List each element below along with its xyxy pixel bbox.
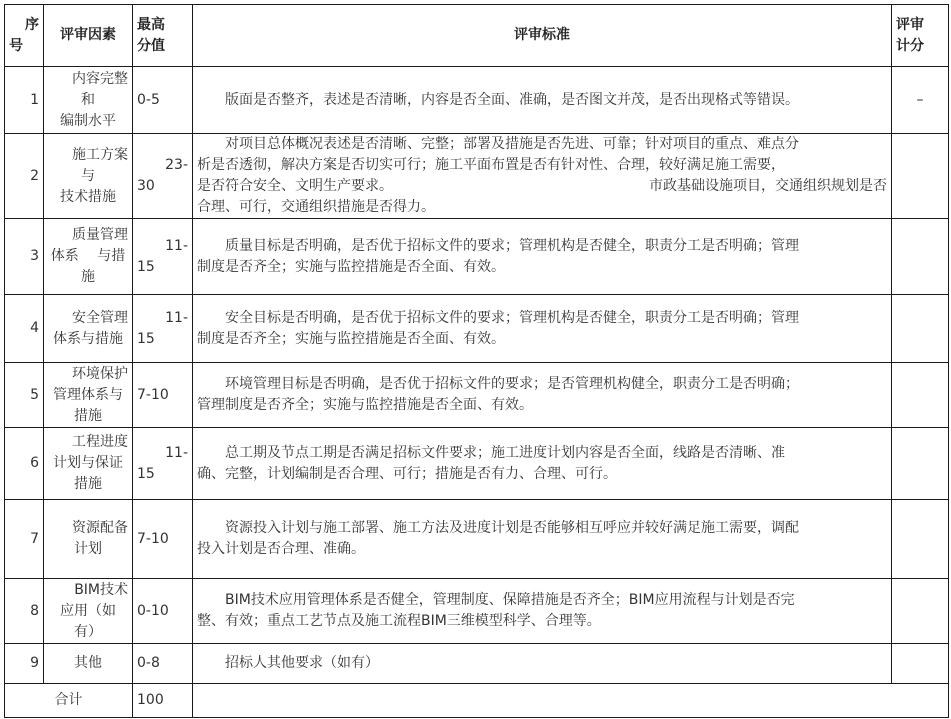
header-standard: 评审标准	[193, 5, 892, 67]
evaluation-factor: 安全管理体系与措施	[44, 295, 133, 363]
rating-score-cell[interactable]	[892, 644, 949, 684]
evaluation-standard: BIM技术应用管理体系是否健全，管理制度、保障措施是否齐全；BIM应用流程与计划…	[193, 579, 892, 644]
rating-score-cell[interactable]: –	[892, 67, 949, 134]
total-empty	[193, 684, 949, 718]
header-no: 序 号	[5, 5, 44, 67]
total-score: 100	[133, 684, 193, 718]
row-number: 2	[5, 134, 44, 219]
rating-score-cell[interactable]	[892, 500, 949, 579]
table-row: 7资源配备计划7-10资源投入计划与施工部署、施工方法及进度计划是否能够相互呼应…	[5, 500, 949, 579]
evaluation-standard: 安全目标是否明确，是否优于招标文件的要求；管理机构是否健全，职责分工是否明确；管…	[193, 295, 892, 363]
header-factor: 评审因素	[44, 5, 133, 67]
total-label: 合计	[5, 684, 133, 718]
evaluation-factor: 施工方案与技术措施	[44, 134, 133, 219]
table-row: 8BIM技术应用（如有）0-10BIM技术应用管理体系是否健全，管理制度、保障措…	[5, 579, 949, 644]
table-row: 9其他0-8招标人其他要求（如有）	[5, 644, 949, 684]
total-row: 合计 100	[5, 684, 949, 718]
max-score: 0-10	[133, 579, 193, 644]
row-number: 4	[5, 295, 44, 363]
evaluation-factor: 环境保护管理体系与措施	[44, 363, 133, 428]
evaluation-factor: 资源配备计划	[44, 500, 133, 579]
max-score: 7-10	[133, 500, 193, 579]
evaluation-standard: 资源投入计划与施工部署、施工方法及进度计划是否能够相互呼应并较好满足施工需要，调…	[193, 500, 892, 579]
rating-score-cell[interactable]	[892, 363, 949, 428]
max-score: 7-10	[133, 363, 193, 428]
row-number: 8	[5, 579, 44, 644]
evaluation-standard: 版面是否整齐，表述是否清晰，内容是否全面、准确，是否图文并茂，是否出现格式等错误…	[193, 67, 892, 134]
max-score: 0-5	[133, 67, 193, 134]
evaluation-factor: 内容完整和编制水平	[44, 67, 133, 134]
row-number: 9	[5, 644, 44, 684]
max-score: 11-15	[133, 295, 193, 363]
header-max-score: 最高 分值	[133, 5, 193, 67]
rating-score-cell[interactable]	[892, 219, 949, 295]
rating-score-cell[interactable]	[892, 295, 949, 363]
max-score: 0-8	[133, 644, 193, 684]
table-row: 4安全管理体系与措施11-15安全目标是否明确，是否优于招标文件的要求；管理机构…	[5, 295, 949, 363]
row-number: 1	[5, 67, 44, 134]
evaluation-standard: 对项目总体概况表述是否清晰、完整；部署及措施是否先进、可靠；针对项目的重点、难点…	[193, 134, 892, 219]
header-row: 序 号 评审因素 最高 分值 评审标准 评审 计分	[5, 5, 949, 67]
row-number: 5	[5, 363, 44, 428]
table-row: 6工程进度计划与保证措施11-15总工期及节点工期是否满足招标文件要求；施工进度…	[5, 428, 949, 500]
row-number: 3	[5, 219, 44, 295]
evaluation-standard: 质量目标是否明确，是否优于招标文件的要求；管理机构是否健全，职责分工是否明确；管…	[193, 219, 892, 295]
evaluation-standard: 总工期及节点工期是否满足招标文件要求；施工进度计划内容是否全面，线路是否清晰、准…	[193, 428, 892, 500]
rating-score-cell[interactable]	[892, 579, 949, 644]
table-row: 1内容完整和编制水平0-5版面是否整齐，表述是否清晰，内容是否全面、准确，是否图…	[5, 67, 949, 134]
row-number: 7	[5, 500, 44, 579]
max-score: 11-15	[133, 219, 193, 295]
evaluation-factor: 质量管理体系 与措施	[44, 219, 133, 295]
header-rating: 评审 计分	[892, 5, 949, 67]
row-number: 6	[5, 428, 44, 500]
max-score: 23-30	[133, 134, 193, 219]
table-row: 2施工方案与技术措施23-30对项目总体概况表述是否清晰、完整；部署及措施是否先…	[5, 134, 949, 219]
rating-score-cell[interactable]	[892, 428, 949, 500]
evaluation-factor: 工程进度计划与保证措施	[44, 428, 133, 500]
table-row: 3质量管理体系 与措施11-15质量目标是否明确，是否优于招标文件的要求；管理机…	[5, 219, 949, 295]
rating-score-cell[interactable]	[892, 134, 949, 219]
max-score: 11-15	[133, 428, 193, 500]
evaluation-standard: 招标人其他要求（如有）	[193, 644, 892, 684]
evaluation-factor: BIM技术应用（如有）	[44, 579, 133, 644]
scoring-criteria-table: 序 号 评审因素 最高 分值 评审标准 评审 计分 1内容完整和编制水平0-5版…	[4, 4, 949, 718]
evaluation-standard: 环境管理目标是否明确，是否优于招标文件的要求；是否管理机构健全，职责分工是否明确…	[193, 363, 892, 428]
table-row: 5环境保护管理体系与措施7-10环境管理目标是否明确，是否优于招标文件的要求；是…	[5, 363, 949, 428]
evaluation-factor: 其他	[44, 644, 133, 684]
